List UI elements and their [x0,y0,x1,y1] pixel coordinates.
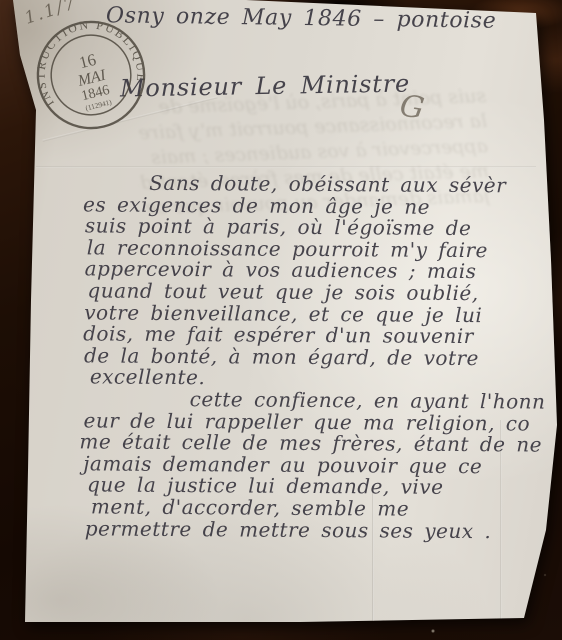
letter-salutation: Monsieur Le Ministre [120,69,410,102]
photo-of-letter: suis point à paris, où l'égoïsme de la r… [0,0,562,640]
instruction-publique-stamp-icon: INSTRUCTION PUBLIQUE 16 MAI 1846 (112941… [32,16,150,134]
letter-body: Sans doute, obéissant aux sévèr es exige… [83,172,554,542]
paper-shadow-wrap: suis point à paris, où l'égoïsme de la r… [0,0,562,640]
letter-dateline: Osny onze May 1846 – pontoise [106,3,506,34]
body-line: permettre de mettre sous ses yeux . [85,518,551,543]
letter-paper: suis point à paris, où l'égoïsme de la r… [0,0,562,640]
